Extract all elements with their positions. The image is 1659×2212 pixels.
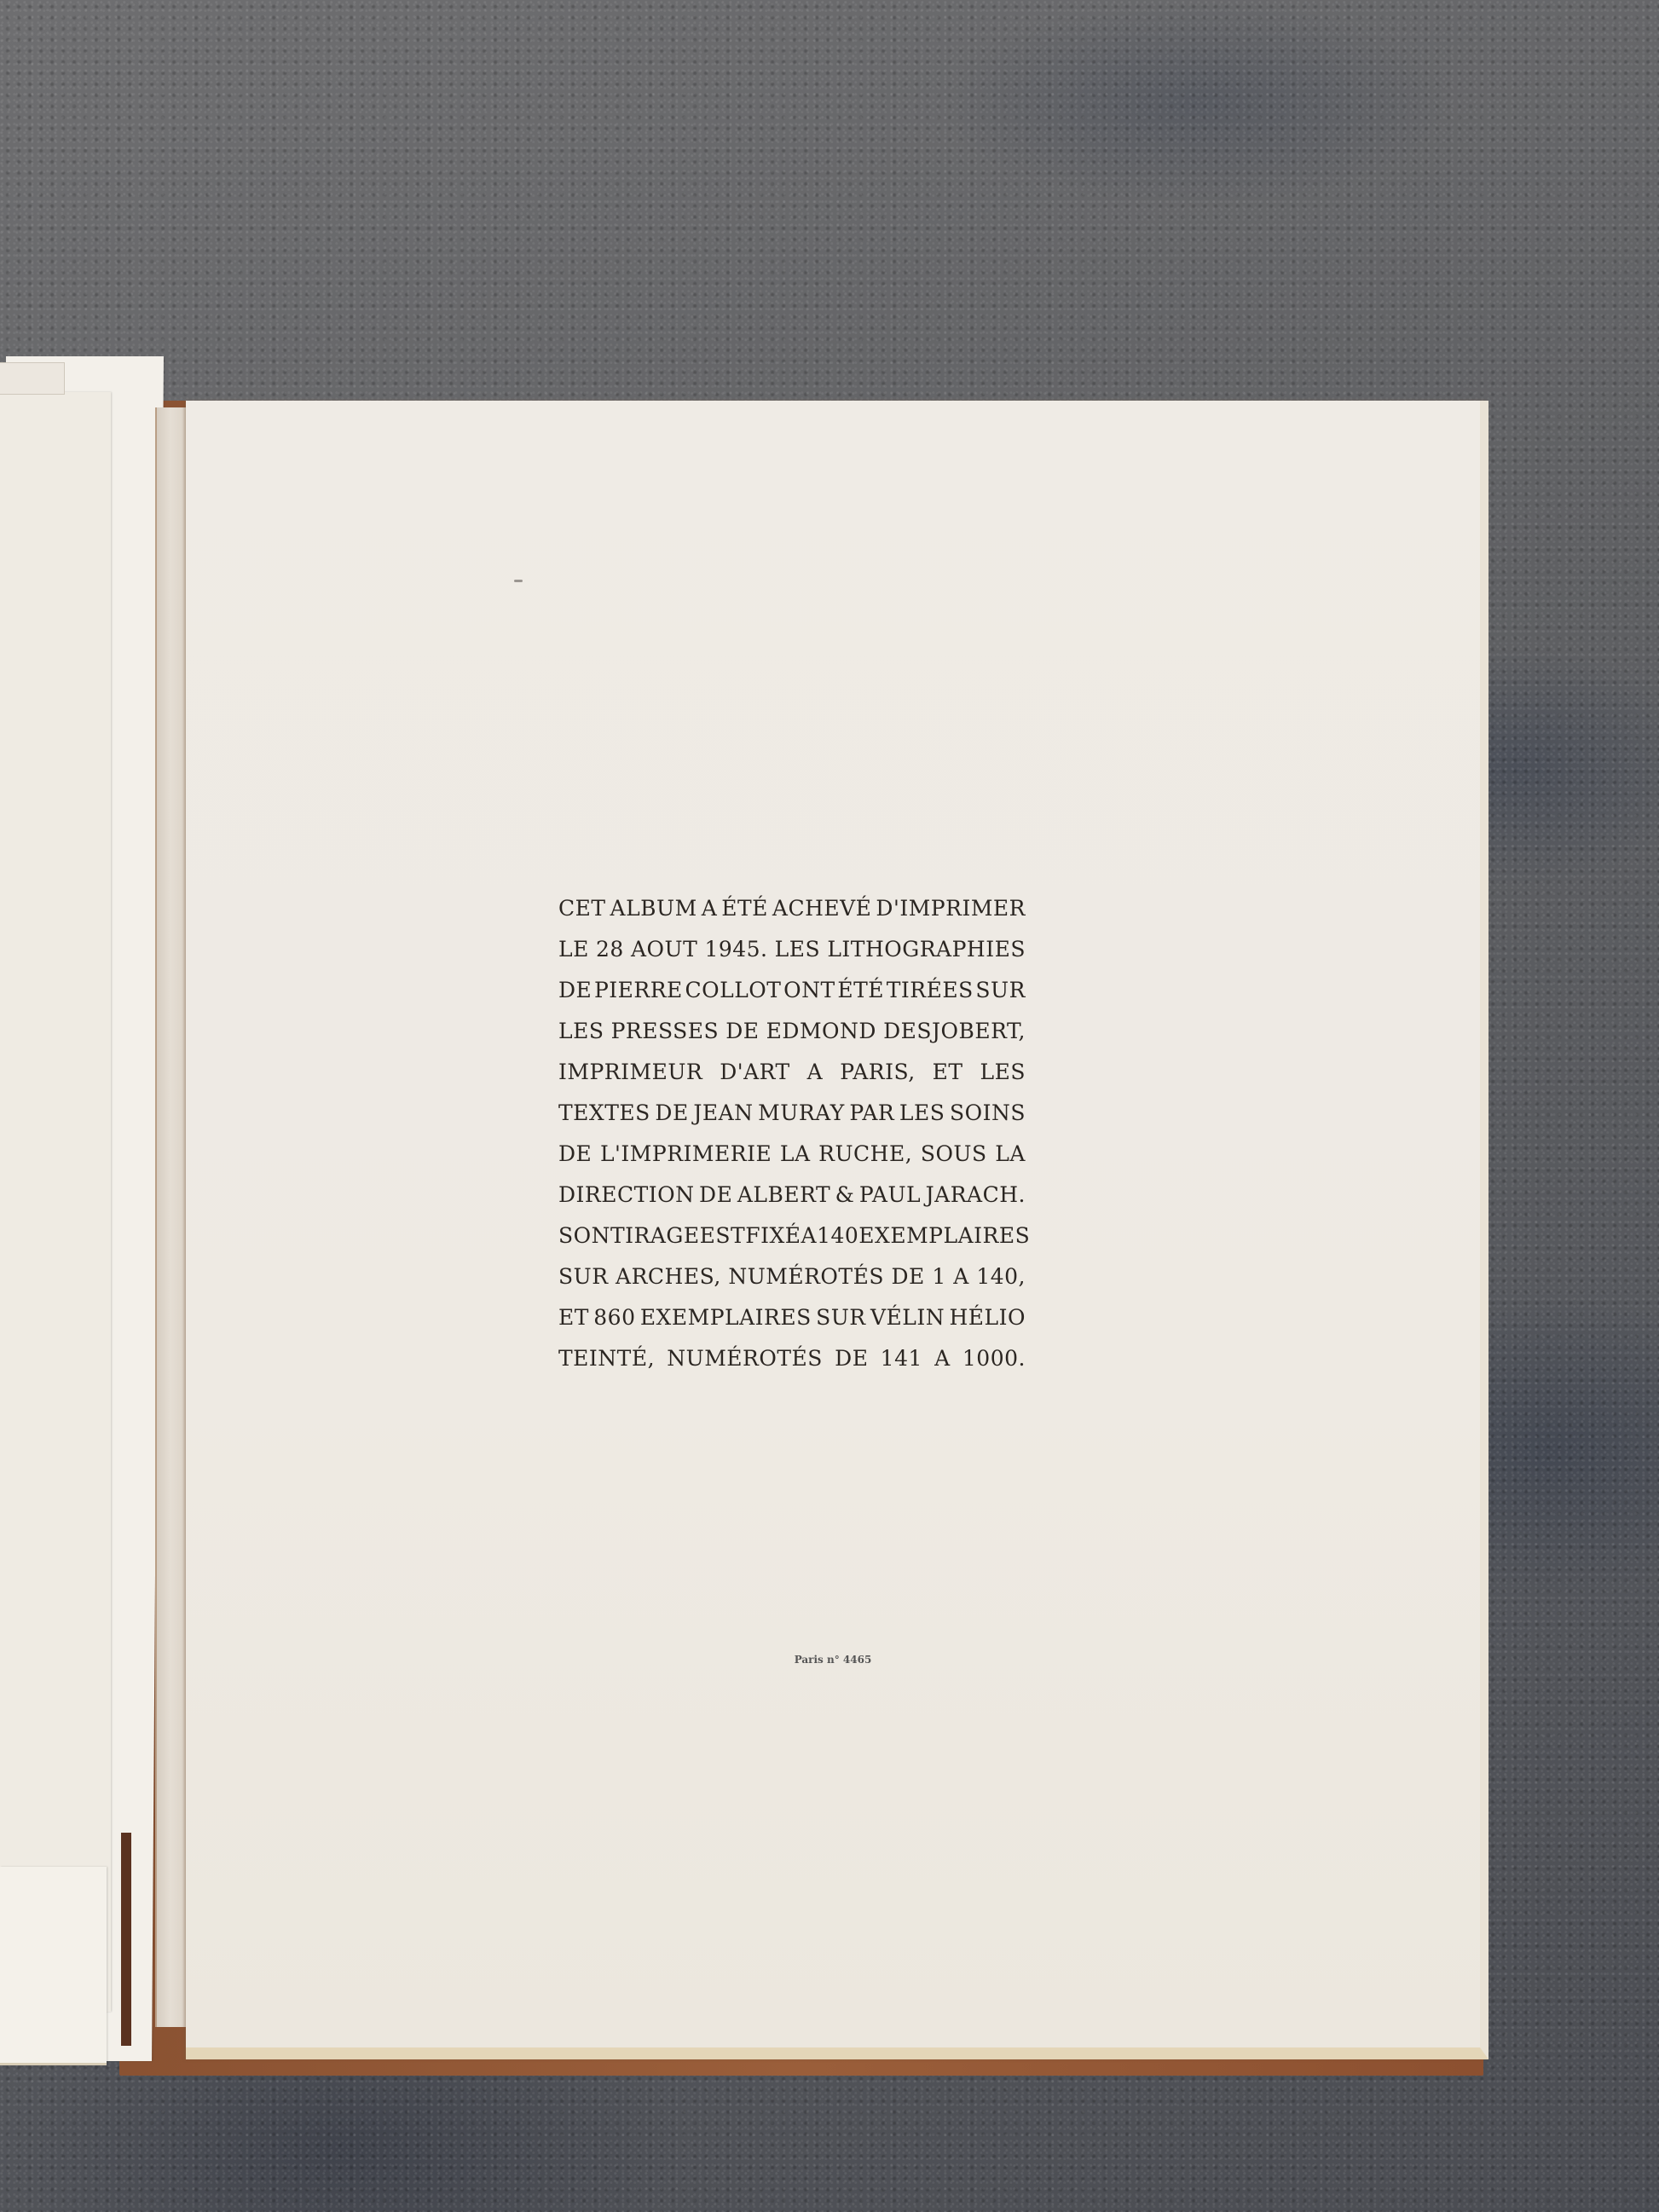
colophon-line: DIRECTIONDEALBERT&PAULJARACH.: [558, 1175, 1026, 1216]
colophon-page: CETALBUMAÉTÉACHEVÉD'IMPRIMER LE28AOUT194…: [186, 401, 1488, 2059]
colophon-line: TEXTESDEJEANMURAYPARLESSOINS: [558, 1093, 1026, 1134]
colophon-line: TEINTÉ,NUMÉROTÉSDE141A1000.: [558, 1338, 1026, 1379]
colophon-line: ET860EXEMPLAIRESSURVÉLINHÉLIO: [558, 1297, 1026, 1338]
sheet-tab: [0, 362, 65, 395]
hinge-notch: [121, 1833, 131, 2046]
colophon-text: CETALBUMAÉTÉACHEVÉD'IMPRIMER LE28AOUT194…: [558, 888, 1026, 1379]
colophon-line: LESPRESSESDEEDMONDDESJOBERT,: [558, 1011, 1026, 1052]
colophon-line: SONTIRAGEESTFIXÉA140EXEMPLAIRES: [558, 1216, 1026, 1256]
colophon-line: CETALBUMAÉTÉACHEVÉD'IMPRIMER: [558, 888, 1026, 929]
paper-speck: [514, 580, 523, 582]
colophon-line: DEPIERRECOLLOTONTÉTÉTIRÉESSUR: [558, 970, 1026, 1011]
printer-imprint: Paris n° 4465: [186, 1654, 1480, 1666]
colophon-line: IMPRIMEURD'ARTAPARIS,ETLES: [558, 1052, 1026, 1093]
loose-sheet: [0, 392, 111, 2012]
colophon-line: LE28AOUT1945.LESLITHOGRAPHIES: [558, 929, 1026, 970]
colophon-line: SURARCHES,NUMÉROTÉSDE1A140,: [558, 1256, 1026, 1297]
colophon-line: DEL'IMPRIMERIELARUCHE,SOUSLA: [558, 1134, 1026, 1175]
loose-sheet-bottom: [0, 1867, 107, 2065]
